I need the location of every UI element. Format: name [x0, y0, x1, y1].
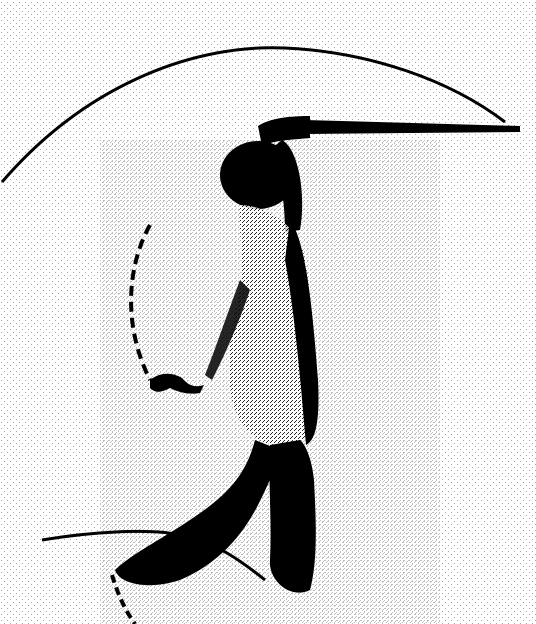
figure-right-leg [269, 440, 315, 593]
halftone-figure-drawing [0, 0, 536, 624]
illustration [0, 0, 536, 624]
